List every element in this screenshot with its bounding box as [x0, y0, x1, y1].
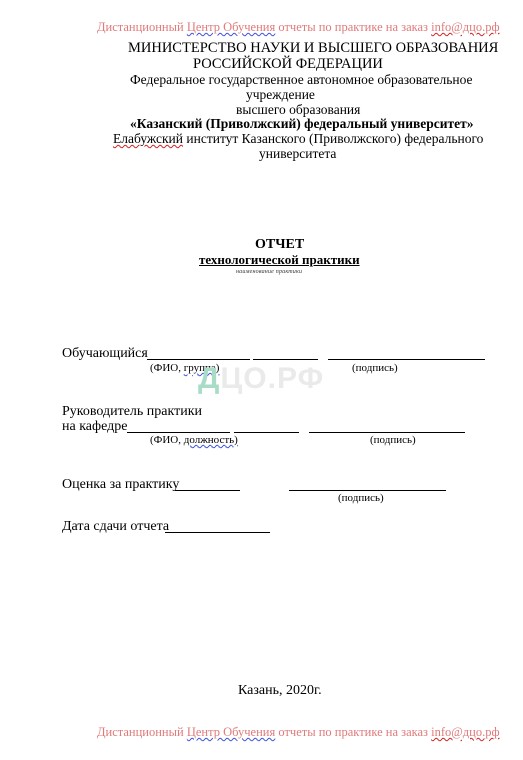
- supervisor-caption-fio: (ФИО, должность): [150, 434, 238, 446]
- ministry-line-1: МИНИСТЕРСТВО НАУКИ И ВЫСШЕГО ОБРАЗОВАНИЯ: [128, 40, 498, 56]
- grade-signature-field[interactable]: [289, 490, 446, 491]
- student-label: Обучающийся: [62, 346, 148, 362]
- caption-text-underlined: должность): [184, 434, 238, 446]
- watermark-top: Дистанционный Центр Обучения отчеты по п…: [97, 20, 500, 35]
- supervisor-fio-field[interactable]: [127, 432, 230, 433]
- logo-letter: Д: [198, 362, 220, 395]
- report-title: ОТЧЕТ: [255, 237, 304, 253]
- watermark-text: отчеты по практике на заказ: [275, 20, 431, 34]
- grade-field[interactable]: [175, 490, 240, 491]
- student-group-field[interactable]: [253, 359, 318, 360]
- date-label: Дата сдачи отчета: [62, 519, 169, 535]
- watermark-text: отчеты по практике на заказ: [275, 725, 431, 739]
- caption-text: (ФИО,: [150, 434, 184, 446]
- branch-line-1: Елабужский институт Казанского (Приволжс…: [113, 131, 483, 147]
- report-subtitle: технологической практики: [199, 252, 360, 268]
- report-subtitle-caption: наименование практики: [236, 269, 302, 275]
- student-fio-field[interactable]: [147, 359, 250, 360]
- watermark-text-underlined: Центр Обучения: [187, 20, 275, 34]
- grade-caption-sign: (подпись): [338, 492, 384, 504]
- supervisor-caption-sign: (подпись): [370, 434, 416, 446]
- branch-line-2: университета: [259, 146, 336, 162]
- student-signature-field[interactable]: [328, 359, 485, 360]
- institution-line-2: учреждение: [246, 87, 315, 103]
- supervisor-label-line-1: Руководитель практики: [62, 404, 202, 420]
- supervisor-position-field[interactable]: [234, 432, 299, 433]
- caption-text: (ФИО,: [150, 362, 184, 374]
- watermark-bottom: Дистанционный Центр Обучения отчеты по п…: [97, 725, 500, 740]
- dco-logo-watermark: ДЦО.РФ: [198, 362, 324, 396]
- branch-word: Елабужский: [113, 131, 183, 146]
- branch-rest: институт Казанского (Приволжского) федер…: [183, 131, 483, 146]
- ministry-line-2: РОССИЙСКОЙ ФЕДЕРАЦИИ: [193, 56, 383, 72]
- date-field[interactable]: [165, 532, 270, 533]
- supervisor-signature-field[interactable]: [309, 432, 465, 433]
- supervisor-label-line-2: на кафедре: [62, 419, 127, 435]
- watermark-text-underlined: Центр Обучения: [187, 725, 275, 739]
- logo-rest: ЦО.РФ: [220, 362, 324, 395]
- student-caption-sign: (подпись): [352, 362, 398, 374]
- city-year: Казань, 2020г.: [238, 683, 322, 699]
- university-name: «Казанский (Приволжский) федеральный уни…: [130, 116, 474, 132]
- watermark-text: Дистанционный: [97, 20, 187, 34]
- institution-line-1: Федеральное государственное автономное о…: [130, 72, 473, 88]
- watermark-text: Дистанционный: [97, 725, 187, 739]
- watermark-email[interactable]: info@дцо.рф: [431, 725, 499, 739]
- grade-label: Оценка за практику: [62, 477, 179, 493]
- watermark-email[interactable]: info@дцо.рф: [431, 20, 499, 34]
